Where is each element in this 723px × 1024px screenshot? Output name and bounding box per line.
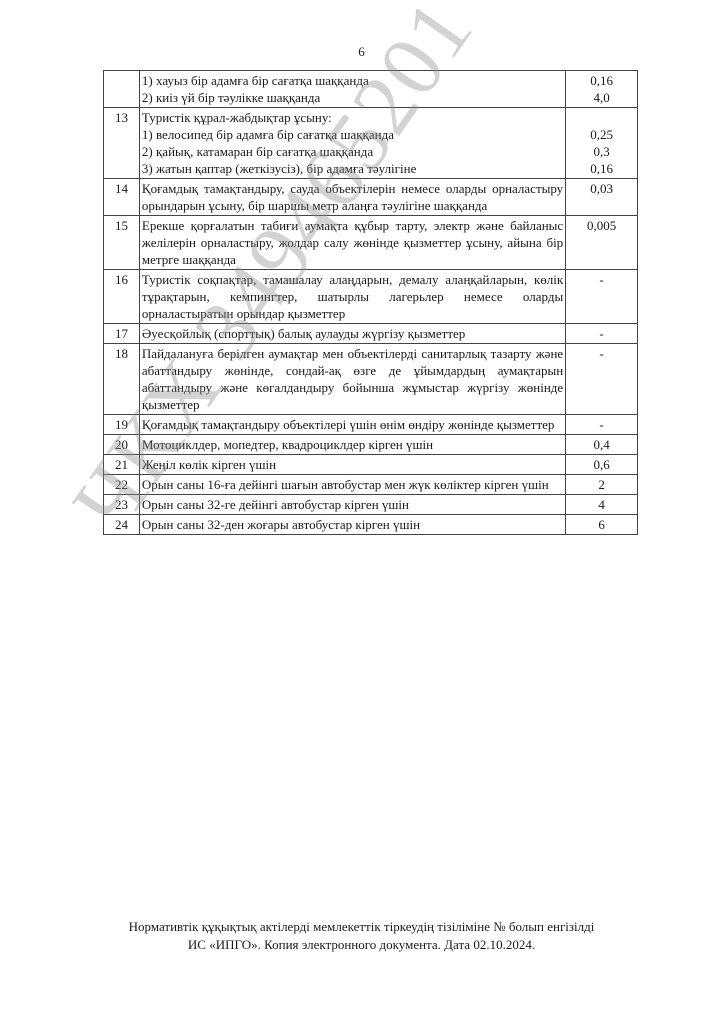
row-value: 4 (566, 495, 638, 515)
row-value: - (566, 344, 638, 415)
table-row: 19 Қоғамдық тамақтандыру объектілері үші… (104, 415, 638, 435)
row-number (104, 71, 140, 108)
row-value: 6 (566, 515, 638, 535)
row-number: 22 (104, 475, 140, 495)
row-number: 17 (104, 324, 140, 344)
row-description: Пайдалануға берілген аумақтар мен объект… (139, 344, 565, 415)
row-value: 0,03 (566, 179, 638, 216)
page-number: 6 (0, 44, 723, 60)
value-line: 0,16 (568, 160, 635, 177)
value-line (568, 109, 635, 126)
footer: Нормативтік құқықтық актілерді мемлекетт… (0, 918, 723, 954)
row-description: Туристік құрал-жабдықтар ұсыну: 1) велос… (139, 108, 565, 179)
row-value: 2 (566, 475, 638, 495)
table-row: 16 Туристік соқпақтар, тамашалау алаңдар… (104, 270, 638, 324)
description-line: 2) киіз үй бір тәулікке шаққанда (142, 89, 563, 106)
row-value: - (566, 270, 638, 324)
table-row: 24 Орын саны 32-ден жоғары автобустар кі… (104, 515, 638, 535)
table-row: 15 Ерекше қорғалатын табиғи аумақта құбы… (104, 216, 638, 270)
table-row: 13 Туристік құрал-жабдықтар ұсыну: 1) ве… (104, 108, 638, 179)
row-description: Қоғамдық тамақтандыру объектілері үшін ө… (139, 415, 565, 435)
footer-copy-line: ИС «ИПГО». Копия электронного документа.… (0, 936, 723, 954)
row-value: 0,16 4,0 (566, 71, 638, 108)
row-value: - (566, 415, 638, 435)
row-number: 14 (104, 179, 140, 216)
row-description: Туристік соқпақтар, тамашалау алаңдарын,… (139, 270, 565, 324)
row-number: 21 (104, 455, 140, 475)
value-line: 0,25 (568, 126, 635, 143)
rates-table: 1) хауыз бір адамға бір сағатқа шаққанда… (103, 70, 638, 535)
table-row: 21 Жеңіл көлік кірген үшін 0,6 (104, 455, 638, 475)
row-number: 19 (104, 415, 140, 435)
row-description: Орын саны 16-ға дейінгі шағын автобустар… (139, 475, 565, 495)
value-line: 0,16 (568, 72, 635, 89)
table-row: 23 Орын саны 32-ге дейінгі автобустар кі… (104, 495, 638, 515)
row-number: 16 (104, 270, 140, 324)
table-row: 14 Қоғамдық тамақтандыру, сауда объектіл… (104, 179, 638, 216)
row-description: Қоғамдық тамақтандыру, сауда объектілері… (139, 179, 565, 216)
description-line: 1) хауыз бір адамға бір сағатқа шаққанда (142, 72, 563, 89)
row-number: 18 (104, 344, 140, 415)
description-line: 2) қайық, катамаран бір сағатқа шаққанда (142, 143, 563, 160)
row-number: 13 (104, 108, 140, 179)
row-value: 0,4 (566, 435, 638, 455)
row-description: Орын саны 32-ге дейінгі автобустар кірге… (139, 495, 565, 515)
row-description: Жеңіл көлік кірген үшін (139, 455, 565, 475)
row-number: 15 (104, 216, 140, 270)
row-description: Әуесқойлық (спорттық) балық аулауды жүрг… (139, 324, 565, 344)
row-value: 0,6 (566, 455, 638, 475)
table-row: 18 Пайдалануға берілген аумақтар мен объ… (104, 344, 638, 415)
description-line: 1) велосипед бір адамға бір сағатқа шаққ… (142, 126, 563, 143)
table-row: 17 Әуесқойлық (спорттық) балық аулауды ж… (104, 324, 638, 344)
footer-registry-line: Нормативтік құқықтық актілерді мемлекетт… (0, 918, 723, 936)
row-number: 23 (104, 495, 140, 515)
row-value: 0,005 (566, 216, 638, 270)
row-value: 0,25 0,3 0,16 (566, 108, 638, 179)
row-description: 1) хауыз бір адамға бір сағатқа шаққанда… (139, 71, 565, 108)
row-description: Ерекше қорғалатын табиғи аумақта құбыр т… (139, 216, 565, 270)
value-line: 0,3 (568, 143, 635, 160)
table-row: 20 Мотоциклдер, мопедтер, квадроциклдер … (104, 435, 638, 455)
row-description: Орын саны 32-ден жоғары автобустар кірге… (139, 515, 565, 535)
table-row: 22 Орын саны 16-ға дейінгі шағын автобус… (104, 475, 638, 495)
row-description: Мотоциклдер, мопедтер, квадроциклдер кір… (139, 435, 565, 455)
row-number: 24 (104, 515, 140, 535)
row-number: 20 (104, 435, 140, 455)
description-line: 3) жатын қаптар (жеткізусіз), бір адамға… (142, 160, 563, 177)
table-row: 1) хауыз бір адамға бір сағатқа шаққанда… (104, 71, 638, 108)
value-line: 4,0 (568, 89, 635, 106)
row-value: - (566, 324, 638, 344)
description-line: Туристік құрал-жабдықтар ұсыну: (142, 109, 563, 126)
